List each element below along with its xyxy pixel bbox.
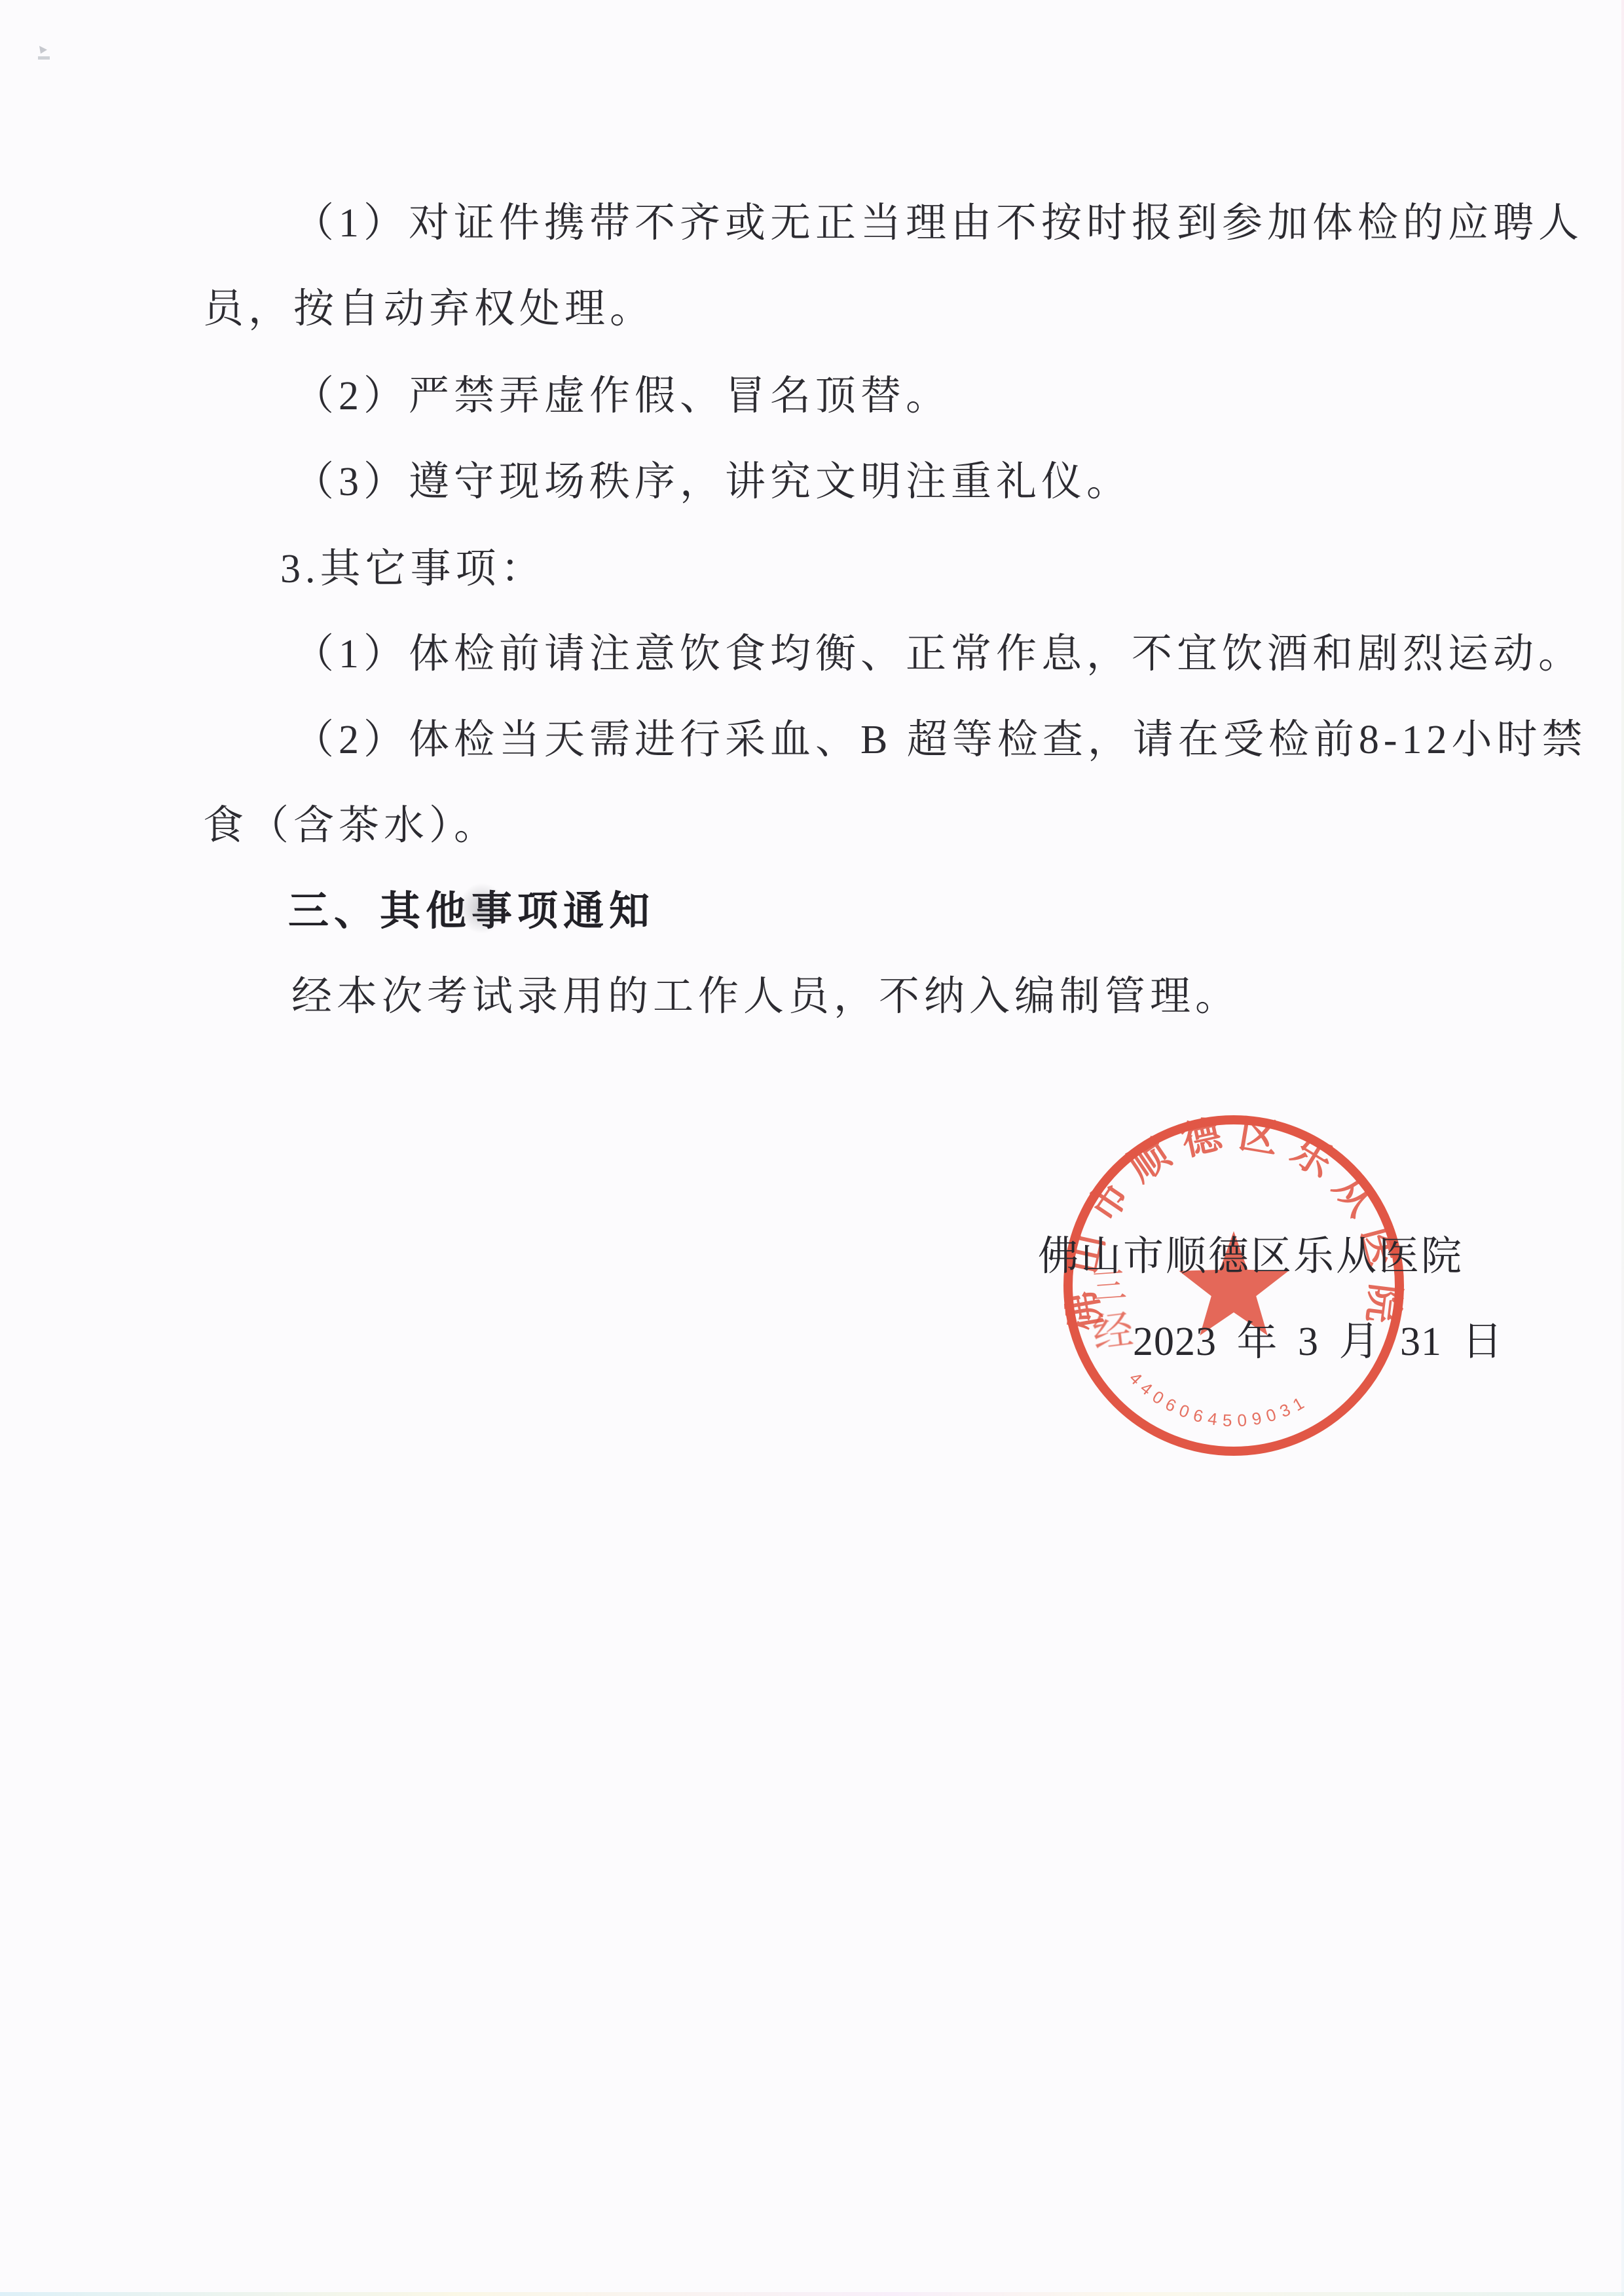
document-line: （2）严禁弄虚作假、冒名顶替。 (293, 368, 951, 424)
document-line: （2）体检当天需进行采血、B 超等检查，请在受检前8-12小时禁 (293, 712, 1587, 768)
signature-date: 2023 年 3 月 31 日 (1133, 1308, 1504, 1367)
document-line: 经本次考试录用的工作人员，不纳入编制管理。 (291, 969, 1240, 1025)
document-line: （1）体检前请注意饮食均衡、正常作息，不宜饮酒和剧烈运动。 (293, 626, 1583, 682)
seal-inner-mark-2: 经 (1090, 1308, 1136, 1357)
seal-serial: 4406064509031 (1126, 1368, 1312, 1430)
scan-edge-artifact-bottom (0, 2292, 1624, 2296)
document-line: 食（含茶水）。 (203, 798, 499, 854)
official-seal: 佛山市顺德区乐从医院 4406064509031 三 经 (1015, 1067, 1460, 1513)
scan-edge-artifact-right (1621, 0, 1624, 2296)
document-page: （1）对证件携带不齐或无正当理由不按时报到参加体检的应聘人员，按自动弃权处理。（… (0, 0, 1624, 2296)
signature-org: 佛山市顺德区乐从医院 (1038, 1223, 1464, 1282)
scan-artifact-mark (34, 38, 60, 65)
document-line: 员，按自动弃权处理。 (203, 281, 655, 337)
document-line: 3.其它事项： (280, 541, 546, 597)
ink-smudge (458, 883, 506, 934)
document-line: （3）遵守现场秩序，讲究文明注重礼仪。 (293, 454, 1132, 510)
document-line: （1）对证件携带不齐或无正当理由不按时报到参加体检的应聘人 (293, 195, 1583, 251)
